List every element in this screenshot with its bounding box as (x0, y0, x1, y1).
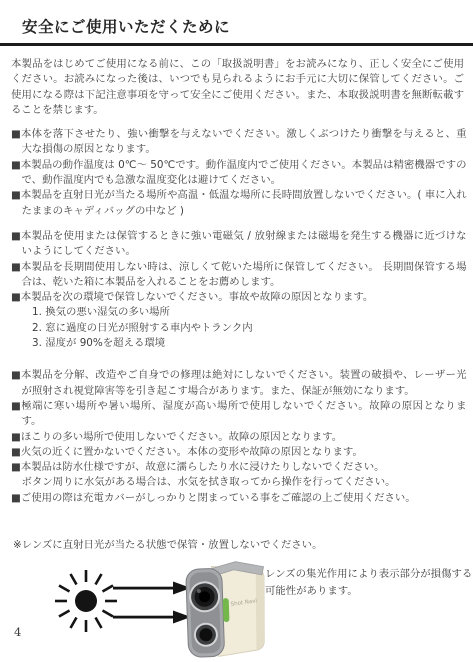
safety-bullet: ■極端に寒い場所や暑い場所、湿度が高い場所で使用しないでください。故障の原因とな… (11, 399, 467, 430)
page-body: 本製品をはじめてご使用になる前に、この「取扱説明書」をお読みになり、正しく安全に… (0, 46, 473, 506)
bullet-group-storage: ■本製品を使用または保管するときに強い電磁気 / 放射線または磁場を発生する機器… (11, 229, 466, 351)
arrow-right-icon (113, 582, 191, 595)
sun-core (75, 590, 97, 612)
safety-bullet: ■ほこりの多い場所で使用しないでください。故障の原因となります。 (11, 430, 467, 445)
safety-bullet: ■本製品を長期間使用しない時は、涼しくて乾いた場所に保管してください。 長期間保… (11, 260, 467, 291)
manual-page: 安全にご使用いただくために 本製品をはじめてご使用になる前に、この「取扱説明書」… (0, 0, 473, 662)
bullet-group-handling: ■本体を落下させたり、強い衝撃を与えないでください。激しくぶつけたり衝撃を与える… (11, 127, 466, 219)
intro-paragraph: 本製品をはじめてご使用になる前に、この「取扱説明書」をお読みになり、正しく安全に… (11, 57, 464, 118)
safety-bullet: ■本体を落下させたり、強い衝撃を与えないでください。激しくぶつけたり衝撃を与える… (11, 127, 467, 158)
safety-bullet: ■本製品は防水仕様ですが、故意に濡らしたり水に浸けたりしないでください。ボタン周… (11, 460, 467, 491)
safety-bullet: ■火気の近くに置かないでください。本体の変形や故障の原因となります。 (11, 445, 467, 460)
bullet-group-usage: ■本製品を分解、改造やご自身での修理は絶対にしないでください。装置の破損や、レー… (11, 368, 466, 506)
device-power-button (223, 598, 230, 622)
caption-line-2: 可能性があります。 (265, 583, 472, 600)
page-title: 安全にご使用いただくために (22, 17, 473, 38)
page-number: 4 (14, 625, 21, 639)
rangefinder-icon: Shot Navi (183, 556, 273, 660)
numbered-sub-item: 2. 窓に過度の日光が照射する車内やトランク内 (11, 321, 466, 336)
caption-line-1: レンズの集光作用により表示部分が損傷する (265, 566, 472, 583)
lens-warning-block: ※レンズに直射日光が当たる状態で保管・放置しないでください。 (11, 538, 473, 662)
lens-warning-note: ※レンズに直射日光が当たる状態で保管・放置しないでください。 (13, 538, 473, 553)
safety-bullet: ■ご使用の際は充電カバーがしっかりと閉まっている事をご確認の上ご使用ください。 (11, 491, 467, 506)
safety-bullet: ■本製品を直射日光が当たる場所や高温・低温な場所に長時間放置しないでください。(… (11, 188, 467, 219)
numbered-sub-item: 3. 湿度が 90%を超える環境 (11, 336, 466, 351)
safety-bullet: ■本製品を分解、改造やご自身での修理は絶対にしないでください。装置の破損や、レー… (11, 368, 467, 399)
page-header: 安全にご使用いただくために (0, 0, 473, 46)
lens-warning-illustration: Shot Navi レンズの集光作用により表示部分が損傷する 可能性があります。 (11, 558, 473, 662)
arrow-right-icon (113, 611, 191, 624)
numbered-sub-item: 1. 換気の悪い湿気の多い場所 (11, 305, 466, 320)
safety-bullet: ■本製品の動作温度は 0℃〜 50℃です。動作温度内でご使用ください。本製品は精… (11, 158, 467, 189)
safety-bullet: ■本製品を次の環境で保管しないでください。事故や故障の原因となります。 (11, 290, 467, 305)
illustration-caption: レンズの集光作用により表示部分が損傷する 可能性があります。 (265, 566, 472, 600)
safety-bullet: ■本製品を使用または保管するときに強い電磁気 / 放射線または磁場を発生する機器… (11, 229, 467, 260)
